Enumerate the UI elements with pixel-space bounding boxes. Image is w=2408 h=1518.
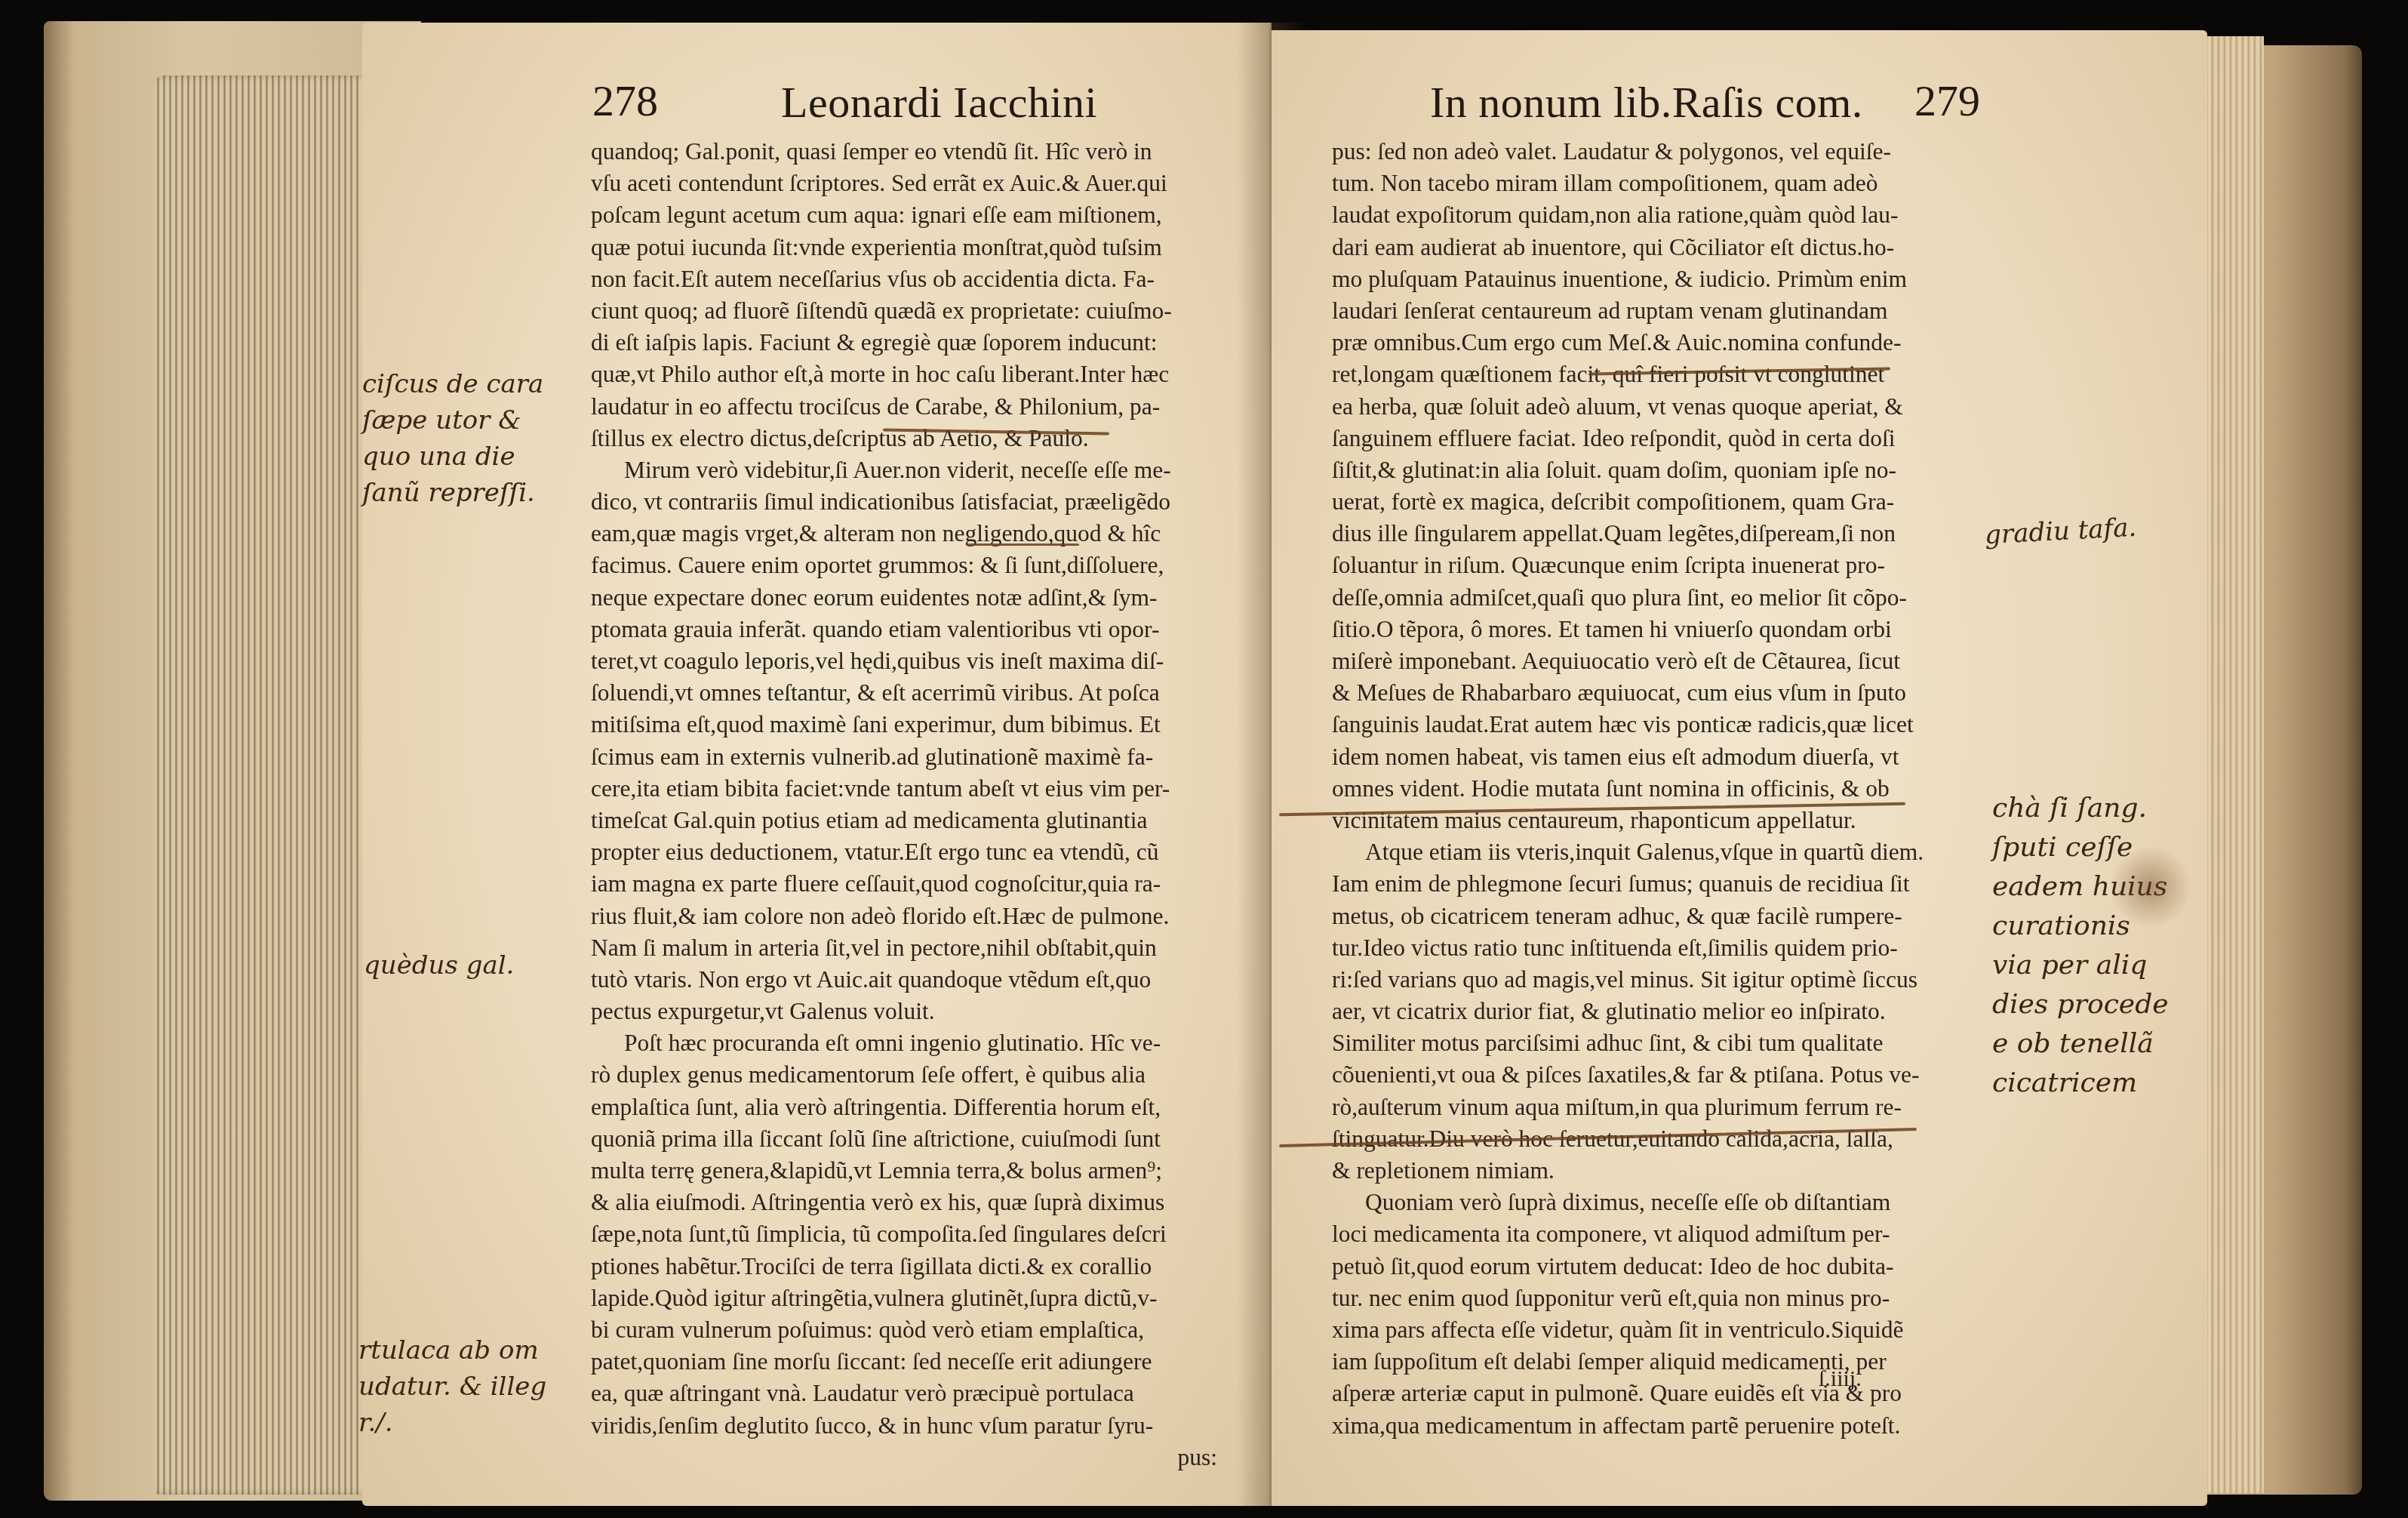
text-line: & alia eiuſmodi. Aſtringentia verò ex hi…	[591, 1187, 1217, 1218]
marginal-note-line: dies procede	[1992, 985, 2169, 1024]
text-line: pectus expurgetur,vt Galenus voluit.	[591, 996, 1217, 1027]
marginal-note-line: gradiu tafa.	[1984, 510, 2137, 553]
text-line: rius fluit,& iam colore non adeò florido…	[591, 901, 1217, 932]
text-line: multa terrę genera,&lapidũ,vt Lemnia ter…	[591, 1155, 1217, 1187]
text-line: cere,ita etiam bibita faciet:vnde tantum…	[591, 773, 1217, 805]
text-line: timeſcat Gal.quin potius etiam ad medica…	[591, 805, 1217, 836]
text-line: iam magna ex parte fluere ceſſauit,quod …	[591, 868, 1217, 900]
right-page-body-text: pus: ſed non adeò valet. Laudatur & poly…	[1332, 136, 1924, 1442]
text-line: viridis,ſenſim deglutito ſucco, & in hun…	[591, 1410, 1217, 1442]
text-line: laudari ſenſerat centaureum ad ruptam ve…	[1332, 295, 1924, 327]
text-line: tur. nec enim quod ſupponitur verũ eſt,q…	[1332, 1282, 1924, 1314]
text-line: tur.Ideo victus ratio tunc inſtituenda e…	[1332, 932, 1924, 964]
signature-mark: ſ.iiij.	[1819, 1366, 1862, 1392]
text-line: metus, ob cicatricem teneram adhuc, & qu…	[1332, 901, 1924, 932]
text-line: ptomata grauia inferãt. quando etiam val…	[591, 614, 1217, 645]
text-line: ſæpe,nota ſunt,tũ ſimplicia, tũ compoſit…	[591, 1218, 1217, 1250]
text-line: Atque etiam iis vteris,inquit Galenus,vſ…	[1332, 836, 1924, 868]
text-line: ſoluendi,vt omnes teſtantur, & eſt acerr…	[591, 677, 1217, 709]
ink-underline	[966, 543, 1079, 546]
text-line: deſſe,omnia admiſcet,quaſi quo plura ſin…	[1332, 582, 1924, 614]
text-line: ri:ſed varians quo ad magis,vel minus. S…	[1332, 964, 1924, 996]
text-line: quoniã prima illa ſiccant ſolũ ſine aſtr…	[591, 1123, 1217, 1155]
running-head-left: Leonardi Iacchini	[781, 77, 1097, 128]
text-line: emplaſtica ſunt, alia verò aſtringentia.…	[591, 1092, 1217, 1123]
text-line: pus: ſed non adeò valet. Laudatur & poly…	[1332, 136, 1924, 168]
text-line: dari eam audierat ab inuentore, qui Cõci…	[1332, 232, 1924, 263]
text-line: quæ potui iucunda ſit:vnde experientia m…	[591, 232, 1217, 263]
text-line: uerat, fortè ex magica, deſcribit compoſ…	[1332, 486, 1924, 518]
marginal-note-line: cicatricem	[1992, 1064, 2169, 1103]
marginal-note-line: e ob tenellã	[1992, 1024, 2169, 1064]
text-line: non facit.Eſt autem neceſſarius vſus ob …	[591, 263, 1217, 295]
running-head-right: In nonum lib.Raſis com.	[1430, 77, 1863, 128]
left-page-body-text: quandoq; Gal.ponit, quasi ſemper eo vten…	[591, 136, 1217, 1473]
text-line: xima pars affecta eſſe videtur, quàm ſit…	[1332, 1314, 1924, 1346]
text-line: rò,auſterum vinum aqua miſtum,in qua plu…	[1332, 1092, 1924, 1123]
text-line: di eſt iaſpis lapis. Faciunt & egregiè q…	[591, 327, 1217, 359]
text-line: ſiſtit,& glutinat:in alia ſoluit. quam d…	[1332, 454, 1924, 486]
marginal-note-line: rtulaca ab om	[358, 1332, 546, 1369]
text-line: ea, quæ aſtringant vnà. Laudatur verò pr…	[591, 1378, 1217, 1409]
text-line: neque expectare donec eorum euidentes no…	[591, 582, 1217, 614]
text-line: vſu aceti contendunt ſcriptores. Sed err…	[591, 168, 1217, 199]
text-line: ſoluantur in riſum. Quæcunque enim ſcrip…	[1332, 550, 1924, 581]
ink-stain	[2109, 845, 2192, 928]
marginal-note-line: via per aliq	[1992, 946, 2169, 985]
text-line: miſerè imponebant. Aequiuocatio verò eſt…	[1332, 645, 1924, 677]
handwritten-marginal-note: rtulaca ab omudatur. & illegr./.	[358, 1332, 546, 1441]
marginal-note-line: quo una die	[362, 439, 543, 475]
text-line: laudat expoſitorum quidam,non alia ratio…	[1332, 199, 1924, 231]
text-line: & Meſues de Rhabarbaro æquiuocat, cum ei…	[1332, 677, 1924, 709]
marginal-note-line: ſæpe utor &	[362, 402, 543, 439]
text-line: facimus. Cauere enim oportet grummos: & …	[591, 550, 1217, 581]
text-line: laudatur in eo affectu trociſcus de Cara…	[591, 391, 1217, 423]
marginal-note-line: ſanũ repreſſi.	[362, 475, 543, 511]
handwritten-marginal-note: gradiu tafa.	[1984, 510, 2137, 553]
marginal-note-line: ciſcus de cara	[362, 366, 543, 402]
text-line: ſtillus ex electro dictus,deſcriptus ab …	[591, 423, 1217, 454]
text-line: mitiſsima eſt,quod maximè ſani experimur…	[591, 709, 1217, 741]
page-number-right: 279	[1914, 75, 1980, 126]
handwritten-marginal-note: chà ſi ſang.ſputi ceſſeeadem huiuscurati…	[1992, 789, 2169, 1103]
text-line: idem nomen habeat, vis tamen eius eſt ad…	[1332, 741, 1924, 773]
text-line: patet,quoniam ſine morſu ſiccant: ſed ne…	[591, 1346, 1217, 1378]
handwritten-marginal-note: quèdus gal.	[364, 947, 514, 984]
text-line: Iam enim de phlegmone ſecuri ſumus; quan…	[1332, 868, 1924, 900]
text-line: ſitio.O tẽpora, ô mores. Et tamen hi vni…	[1332, 614, 1924, 645]
text-line: propter eius deductionem, vtatur.Eſt erg…	[591, 836, 1217, 868]
text-line: ptiones habẽtur.Trociſci de terra ſigill…	[591, 1251, 1217, 1282]
text-line: omnes vident. Hodie mutata ſunt nomina i…	[1332, 773, 1924, 805]
right-page: In nonum lib.Raſis com. 279 pus: ſed non…	[1272, 30, 2207, 1506]
marginal-note-line: chà ſi ſang.	[1992, 789, 2169, 828]
text-line: quandoq; Gal.ponit, quasi ſemper eo vten…	[591, 136, 1217, 168]
text-line: ea herba, quæ ſoluit adeò aluum, vt vena…	[1332, 391, 1924, 423]
text-line: ſtinguatur.Diu verò hoc ſeruetur,euitand…	[1332, 1123, 1924, 1155]
marginal-note-line: r./.	[358, 1405, 546, 1441]
text-line: teret,vt coagulo leporis,vel hędi,quibus…	[591, 645, 1217, 677]
text-line: dico, vt contrariis ſimul indicationibus…	[591, 486, 1217, 518]
text-line: mo pluſquam Patauinus inuentione, & iudi…	[1332, 263, 1924, 295]
text-line: ſanguinis laudat.Erat autem hæc vis pont…	[1332, 709, 1924, 741]
text-line: lapide.Quòd igitur aſtringẽtia,vulnera g…	[591, 1282, 1217, 1314]
page-number-left: 278	[592, 75, 658, 126]
open-book: 278 Leonardi Iacchini quandoq; Gal.ponit…	[0, 0, 2408, 1518]
text-line: Mirum verò videbitur,ſi Auer.non viderit…	[591, 454, 1217, 486]
text-line: tutò vtaris. Non ergo vt Auic.ait quando…	[591, 964, 1217, 996]
text-line: rò duplex genus medicamentorum ſeſe offe…	[591, 1059, 1217, 1091]
text-line: eam,quæ magis vrget,& alteram non neglig…	[591, 518, 1217, 550]
marginal-note-line: quèdus gal.	[364, 947, 514, 984]
text-line: Quoniam verò ſuprà diximus, neceſſe eſſe…	[1332, 1187, 1924, 1218]
text-line: poſcam legunt acetum cum aqua: ignari eſ…	[591, 199, 1217, 231]
text-line: Nam ſi malum in arteria ſit,vel in pecto…	[591, 932, 1217, 964]
text-line: xima,qua medicamentum in affectam partẽ …	[1332, 1410, 1924, 1442]
left-page: 278 Leonardi Iacchini quandoq; Gal.ponit…	[362, 23, 1272, 1506]
text-line: & repletionem nimiam.	[1332, 1155, 1924, 1187]
text-line: Similiter motus parciſsimi adhuc ſint, &…	[1332, 1027, 1924, 1059]
text-line: cõuenienti,vt oua & piſces ſaxatiles,& f…	[1332, 1059, 1924, 1091]
text-line: tum. Non tacebo miram illam compoſitione…	[1332, 168, 1924, 199]
text-line: loci medicamenta ita componere, vt aliqu…	[1332, 1218, 1924, 1250]
text-line: Poſt hæc procuranda eſt omni ingenio glu…	[591, 1027, 1217, 1059]
text-line: pus:	[591, 1442, 1217, 1473]
text-line: aer, vt cicatrix durior fiat, & glutinat…	[1332, 996, 1924, 1027]
text-line: quæ,vt Philo author eſt,à morte in hoc c…	[591, 359, 1217, 390]
text-line: bi curam vulnerum poſuimus: quòd verò et…	[591, 1314, 1217, 1346]
handwritten-marginal-note: ciſcus de caraſæpe utor &quo una dieſanũ…	[362, 366, 543, 511]
text-line: præ omnibus.Cum ergo cum Meſ.& Auic.nomi…	[1332, 327, 1924, 359]
marginal-note-line: udatur. & illeg	[358, 1369, 546, 1405]
text-line: ſcimus eam in externis vulnerib.ad gluti…	[591, 741, 1217, 773]
text-line: petuò ſit,quod eorum virtutem deducat: I…	[1332, 1251, 1924, 1282]
text-line: ciunt quoq; ad fluorẽ ſiſtendũ quædã ex …	[591, 295, 1217, 327]
text-line: dius ille ſingularem appellat.Quam legẽt…	[1332, 518, 1924, 550]
text-line: ſanguinem effluere faciat. Ideo reſpondi…	[1332, 423, 1924, 454]
